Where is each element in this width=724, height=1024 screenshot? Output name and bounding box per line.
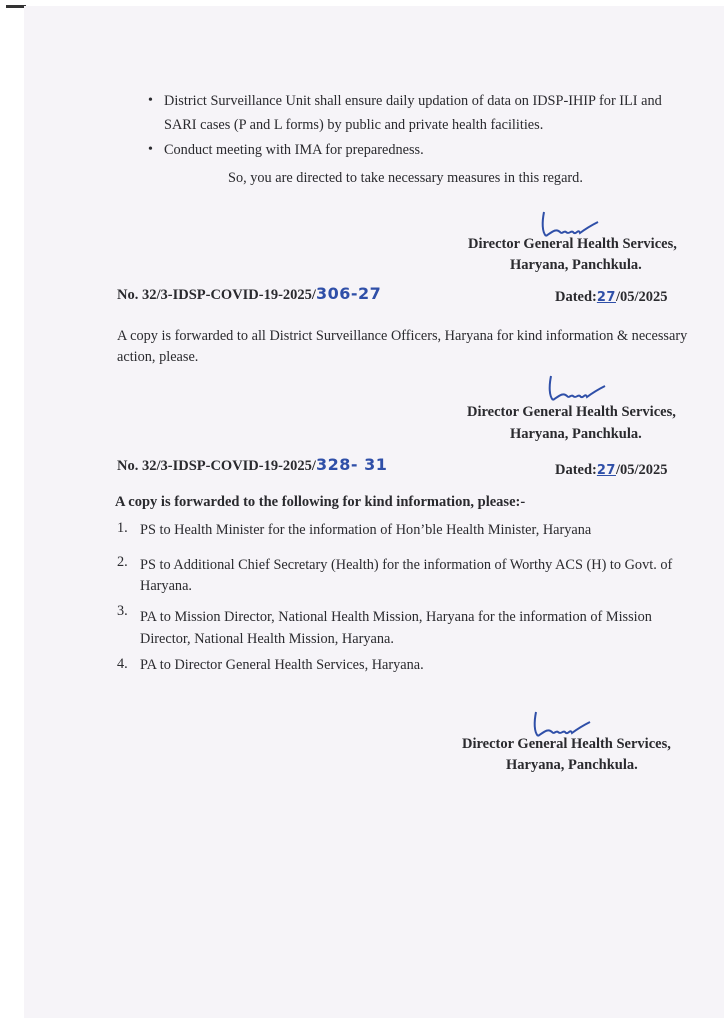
bullet-2: Conduct meeting with IMA for preparednes… bbox=[164, 139, 424, 161]
signatory-location: Haryana, Panchkula. bbox=[510, 257, 642, 274]
memo2-heading: A copy is forwarded to the following for… bbox=[115, 494, 525, 511]
memo2-date-day: 27 bbox=[597, 463, 616, 478]
bullet-1-line2: SARI cases (P and L forms) by public and… bbox=[164, 114, 543, 136]
memo1-number: No. 32/3-IDSP-COVID-19-2025/306-27 bbox=[117, 284, 381, 304]
memo1-body-line2: action, please. bbox=[117, 346, 198, 368]
signatory-title: Director General Health Services, bbox=[462, 736, 671, 753]
memo1-body-line1: A copy is forwarded to all District Surv… bbox=[117, 325, 687, 347]
bullet-icon: • bbox=[148, 142, 153, 158]
bullet-icon: • bbox=[148, 93, 153, 109]
memo2-number-prefix: No. 32/3-IDSP-COVID-19-2025/ bbox=[117, 458, 316, 474]
memo1-handwritten-number: 306-27 bbox=[316, 284, 381, 303]
list-item-3-line1: PA to Mission Director, National Health … bbox=[140, 606, 652, 628]
list-item-number: 2. bbox=[117, 551, 128, 573]
bullet-1-line1: District Surveillance Unit shall ensure … bbox=[164, 90, 662, 112]
memo1-date: Dated:27/05/2025 bbox=[555, 289, 668, 306]
memo2-handwritten-number: 328- 31 bbox=[316, 455, 387, 474]
signatory-title: Director General Health Services, bbox=[468, 236, 677, 253]
signatory-location: Haryana, Panchkula. bbox=[506, 757, 638, 774]
scan-edge-mark bbox=[6, 5, 26, 8]
list-item-3-line2: Director, National Health Mission, Harya… bbox=[140, 628, 394, 650]
memo2-date: Dated:27/05/2025 bbox=[555, 462, 668, 479]
memo1-date-day: 27 bbox=[597, 290, 616, 305]
list-item-number: 4. bbox=[117, 653, 128, 675]
memo2-number: No. 32/3-IDSP-COVID-19-2025/328- 31 bbox=[117, 455, 387, 475]
signatory-title: Director General Health Services, bbox=[467, 404, 676, 421]
list-item-4: PA to Director General Health Services, … bbox=[140, 654, 424, 676]
list-item-2-line2: Haryana. bbox=[140, 575, 192, 597]
list-item-number: 3. bbox=[117, 600, 128, 622]
directive-text: So, you are directed to take necessary m… bbox=[228, 167, 583, 189]
list-item-number: 1. bbox=[117, 517, 128, 539]
list-item-1: PS to Health Minister for the informatio… bbox=[140, 519, 591, 541]
signatory-location: Haryana, Panchkula. bbox=[510, 426, 642, 443]
memo1-number-prefix: No. 32/3-IDSP-COVID-19-2025/ bbox=[117, 287, 316, 303]
list-item-2-line1: PS to Additional Chief Secretary (Health… bbox=[140, 554, 672, 576]
signature-mark bbox=[545, 372, 607, 404]
